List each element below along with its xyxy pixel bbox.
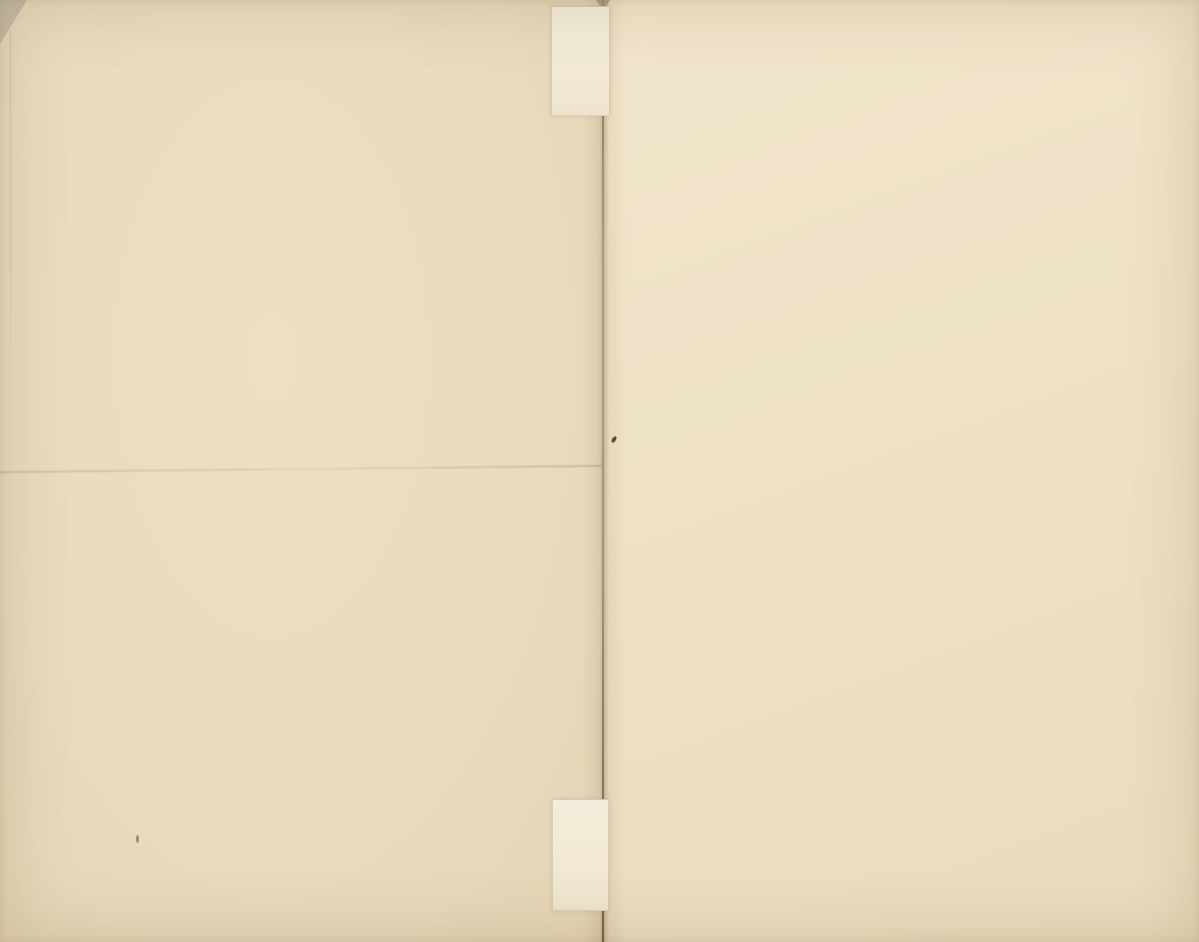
horizontal-crease <box>0 465 602 473</box>
mounting-tape-bottom <box>552 799 609 911</box>
vertical-crease <box>10 30 11 510</box>
page-right-letter: 4 Juin 1895 La Demi-Lune — Moulin-Galant… <box>604 0 1199 942</box>
mounting-tape-top <box>551 6 610 116</box>
letter-scan: 4 Juin 1895 La Demi-Lune — Moulin-Galant… <box>0 0 1199 942</box>
paper-speck <box>136 835 139 843</box>
page-left-blank <box>0 0 604 942</box>
clipped-corner <box>0 0 27 44</box>
